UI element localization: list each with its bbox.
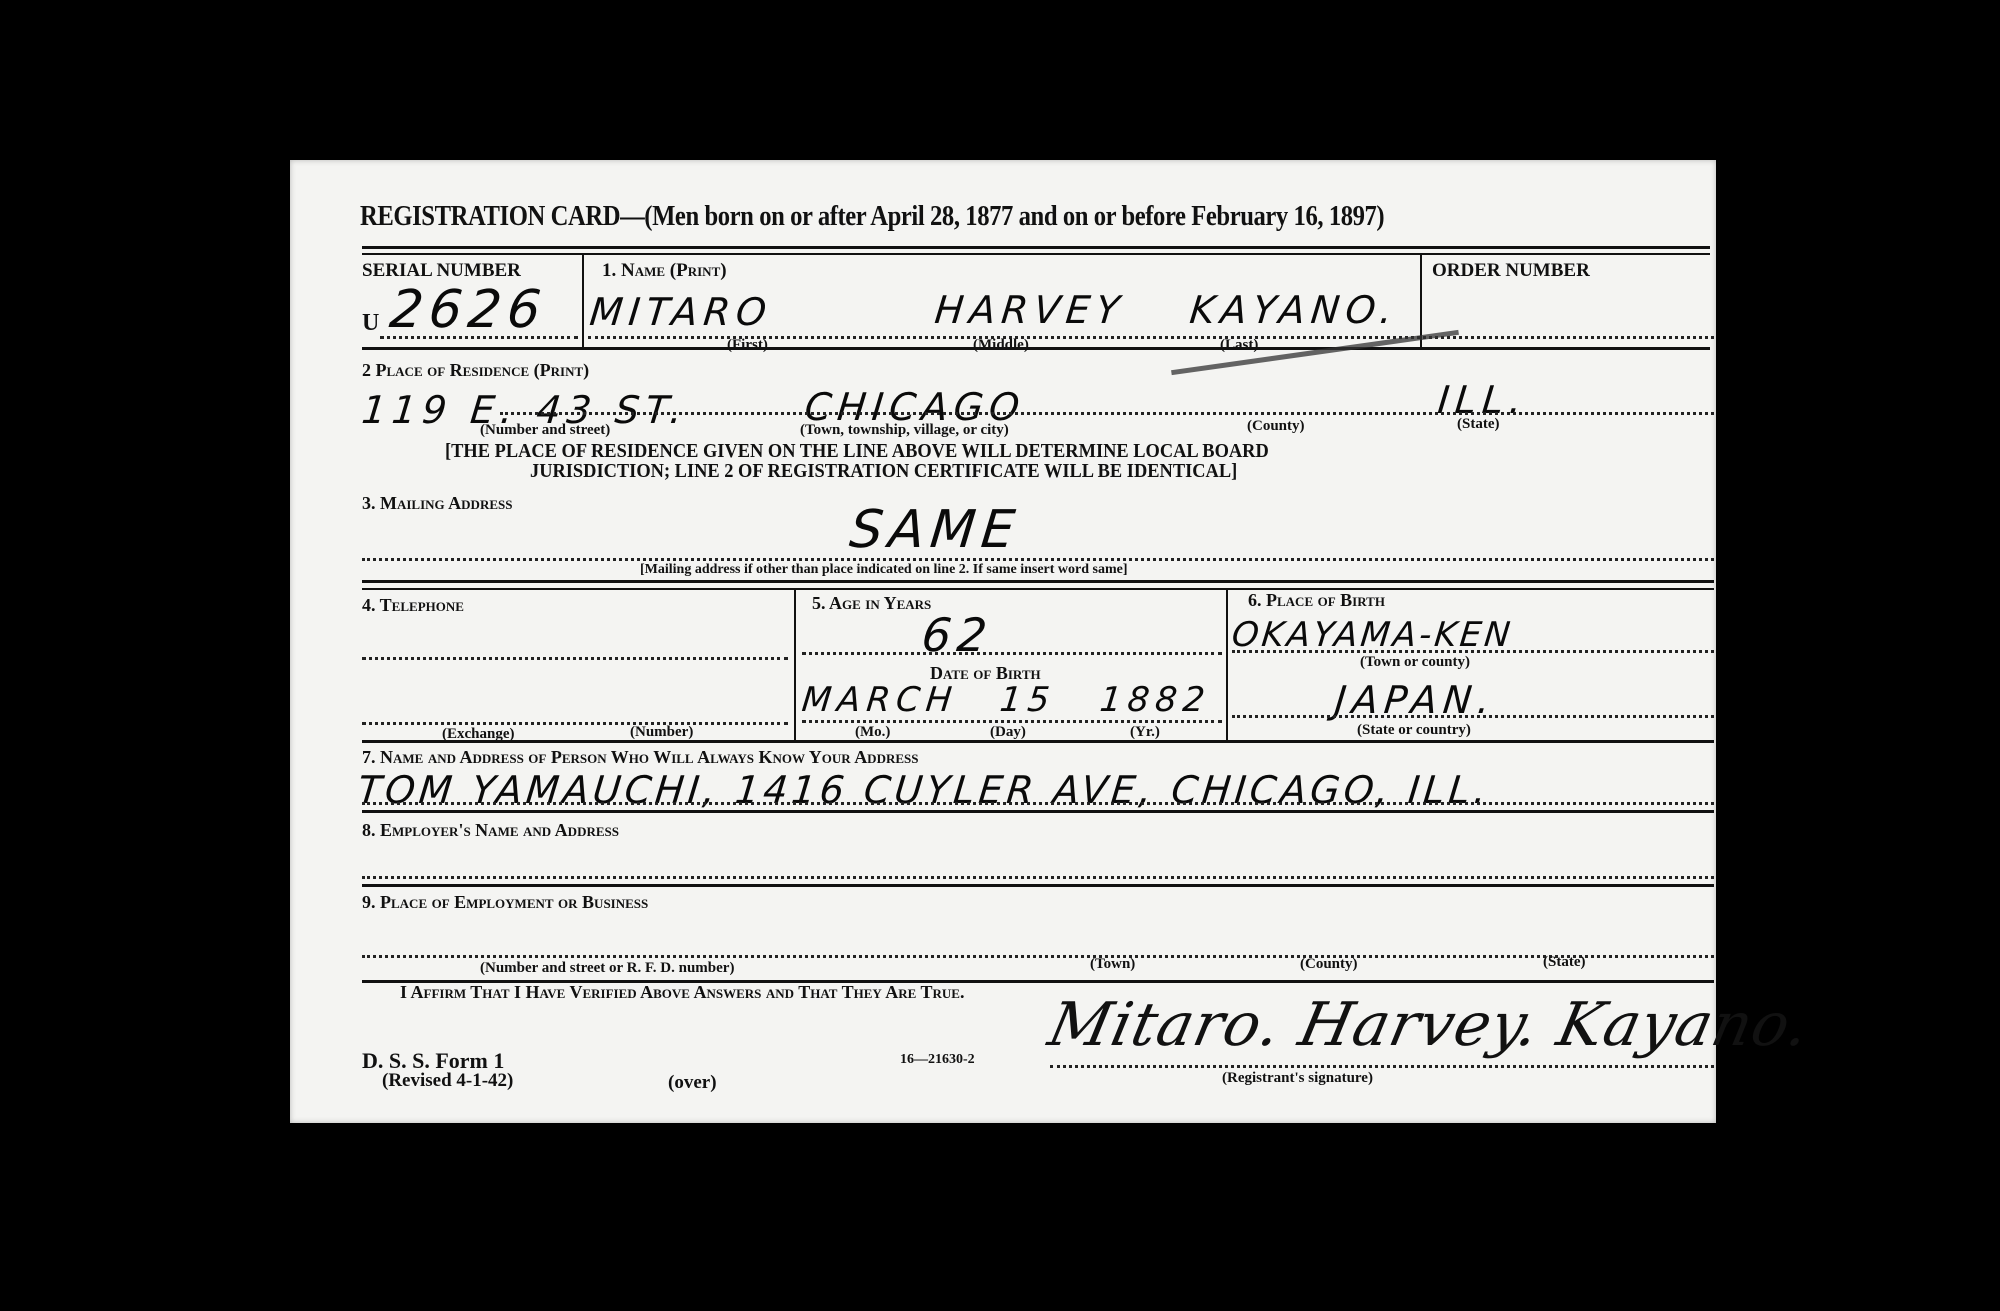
telephone-number-caption: (Number) [630,724,693,741]
name-label: 1. Name (Print) [602,260,727,282]
day-caption: (Day) [990,724,1026,741]
first-name: MITARO [588,290,775,334]
mailing-address-value: SAME [847,500,1024,560]
subtitle-text: —(Men born on or after April 28, 1877 an… [620,200,1384,232]
serial-number-value: 2626 [387,280,550,340]
employment-street-caption: (Number and street or R. F. D. number) [480,960,734,977]
serial-prefix: U [362,310,379,337]
country-caption: (State or country) [1357,722,1471,739]
notice-line-2: JURISDICTION; LINE 2 OF REGISTRATION CER… [530,460,1237,483]
state-caption: (State) [1457,416,1499,433]
telephone-label: 4. Telephone [362,595,464,616]
birth-town: OKAYAMA-KEN [1230,615,1515,655]
contact-person-value: TOM YAMAUCHI, 1416 CUYLER AVE, CHICAGO, … [356,768,1493,812]
contact-person-label: 7. Name and Address of Person Who Will A… [362,747,918,768]
employer-label: 8. Employer's Name and Address [362,820,619,841]
street-caption: (Number and street) [480,422,610,439]
middle-caption: (Middle) [973,337,1029,354]
first-caption: (First) [727,337,768,354]
town-caption: (Town or county) [1360,654,1470,671]
signature-caption: (Registrant's signature) [1222,1070,1373,1087]
serial-number-label: SERIAL NUMBER [362,260,521,282]
employment-state-caption: (State) [1543,954,1585,971]
registration-card: REGISTRATION CARD—(Men born on or after … [290,160,1716,1123]
employment-town-caption: (Town) [1090,956,1135,973]
last-name: KAYANO. [1188,288,1401,332]
employment-county-caption: (County) [1300,956,1358,973]
dob-day: 15 [998,680,1057,720]
affirmation-text: I Affirm That I Have Verified Above Answ… [400,982,964,1003]
registrant-signature: Mitaro. Harvey. Kayano. [1043,990,1817,1060]
over-note: (over) [668,1072,717,1094]
city-caption: (Town, township, village, or city) [800,422,1009,439]
place-of-employment-label: 9. Place of Employment or Business [362,892,648,913]
age-label: 5. Age in Years [812,593,931,614]
last-caption: (Last) [1220,337,1258,354]
place-of-birth-label: 6. Place of Birth [1248,590,1385,611]
form-revised: (Revised 4-1-42) [382,1070,513,1092]
order-number-label: ORDER NUMBER [1432,260,1590,282]
year-caption: (Yr.) [1130,724,1160,741]
mailing-caption: [Mailing address if other than place ind… [640,562,1128,578]
county-caption: (County) [1247,418,1305,435]
residence-label: 2 Place of Residence (Print) [362,360,589,381]
card-title: REGISTRATION CARD—(Men born on or after … [360,200,1384,233]
print-code: 16—21630-2 [900,1052,975,1068]
dob-month: MARCH [800,680,960,720]
mailing-address-label: 3. Mailing Address [362,493,512,514]
title-text: REGISTRATION CARD [360,200,620,232]
month-caption: (Mo.) [855,724,890,741]
middle-name: HARVEY [933,288,1128,332]
dob-year: 1882 [1098,680,1213,720]
